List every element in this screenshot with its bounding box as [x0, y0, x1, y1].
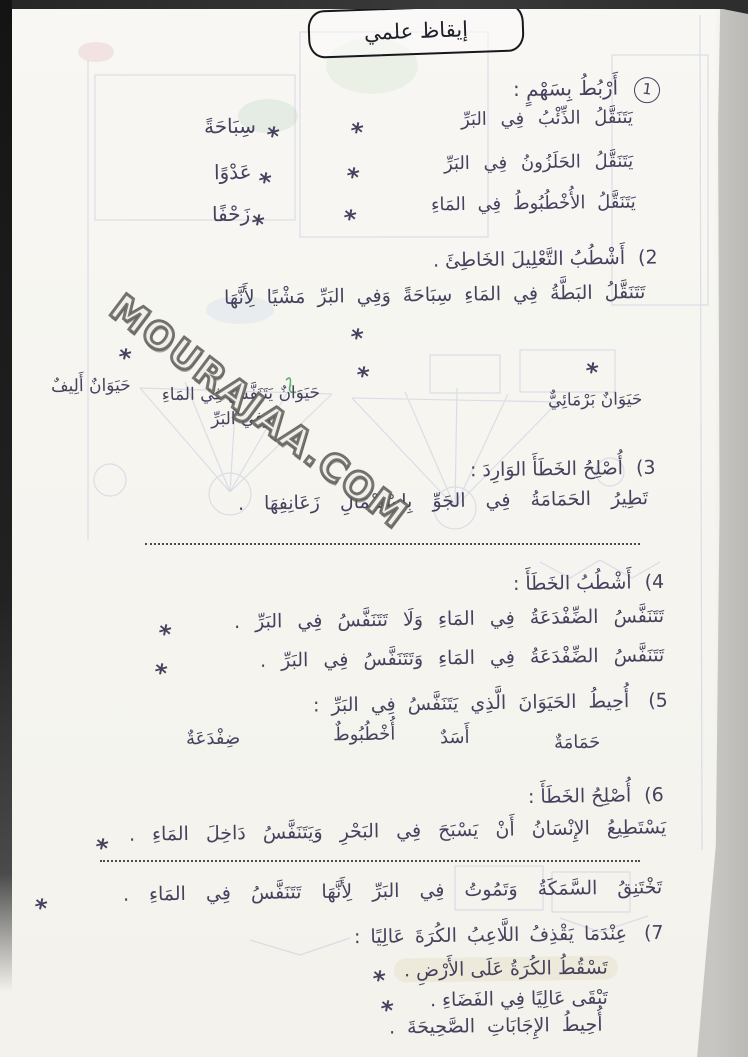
q5-prompt: أُحِيطُ الحَيَوَانَ الَّذِي يَتَنَفَّسُ … [313, 690, 630, 716]
q5-number: 5) [648, 690, 668, 712]
q4-option: تَتَنَفَّسُ الضِّفْدَعَةُ فِي المَاءِ وَ… [260, 642, 665, 675]
q1-match-left-item: عَدْوًا [214, 158, 252, 188]
answer-dotted-line [145, 543, 640, 545]
q5-option: ضِفْدَعَةٌ [186, 726, 241, 753]
answer-dotted-line [100, 860, 640, 862]
q5-header: 5) أُحِيطُ الحَيَوَانَ الَّذِي يَتَنَفَّ… [313, 688, 668, 720]
q4-number: 4) [644, 571, 664, 593]
q6-header: 6) أُصْلِحُ الخَطَأَ : [528, 782, 664, 811]
q2-prompt: أَشْطُبُ التَّعْلِيلَ الخَاطِئَ . [433, 247, 625, 272]
q5-option: حَمَامَةٌ [554, 730, 601, 757]
q4-prompt: أَشْطُبُ الخَطَأَ : [513, 571, 632, 595]
q2-header: 2) أَشْطُبُ التَّعْلِيلَ الخَاطِئَ . [433, 244, 658, 275]
category-pet: حَيَوَانٌ أَلِيفٌ [51, 373, 131, 399]
q1-match-left-item: زَحْفًا [212, 200, 251, 230]
q2-number: 2) [638, 246, 658, 268]
q6-number: 6) [644, 784, 664, 806]
q1-match-right-item: يَتَنَقَّلُ الحَلَزُونُ فِي البَرِّ [444, 149, 633, 178]
scan-left-edge [0, 0, 12, 992]
q1-match-left-item: سِبَاحَةً [204, 112, 256, 142]
scan-top-edge [0, 0, 748, 9]
title-box: إيقاظ علمي [307, 3, 525, 59]
page-title: إيقاظ علمي [364, 17, 469, 45]
q1-header: 1 أَرْبُطُ بِسَهْمٍ : [513, 73, 660, 105]
scanned-worksheet-page: إيقاظ علمي 1 أَرْبُطُ بِسَهْمٍ : يَتَنَق… [0, 0, 748, 1057]
q7-prompt: عِنْدَمَا يَقْذِفُ اللَّاعِبُ الكُرَةَ ع… [354, 922, 627, 948]
q3-number: 3) [636, 457, 656, 479]
q5-option: أَسَدٌ [440, 725, 470, 752]
q1-match-right-item: يَتَنَقَّلُ الأُخْطُبُوطُ فِي المَاءِ [431, 190, 636, 219]
q7-footer: أُحِيطُ الإِجَابَاتِ الصَّحِيحَةَ . [389, 1012, 603, 1043]
page-right-shadow [714, 0, 748, 1057]
q6-prompt: أُصْلِحُ الخَطَأَ : [528, 785, 631, 808]
q5-option: أُخْطُبُوطٌ [333, 722, 396, 749]
q3-prompt: أُصْلِحُ الخَطَأَ الوَارِدَ : [470, 457, 623, 481]
q3-sentence: تَطِيرُ الحَمَامَةُ فِي الجَوِّ بِاسْتِع… [238, 485, 648, 518]
q1-match-right-item: يَتَنَقَّلُ الذِّئْبُ فِي البَرِّ [461, 105, 633, 133]
q2-sentence: تَتَنَقَّلُ البَطَّةُ فِي المَاءِ سِبَاح… [223, 279, 645, 312]
q7-header: 7) عِنْدَمَا يَقْذِفُ اللَّاعِبُ الكُرَة… [354, 920, 664, 952]
category-amphibian: حَيَوَانٌ بَرْمَائِيٌّ [547, 387, 642, 413]
q1-prompt: أَرْبُطُ بِسَهْمٍ : [513, 76, 618, 101]
q1-number: 1 [632, 75, 661, 104]
q7-option: تَبْقَى عَالِيًا فِي الفَضَاءِ . [430, 985, 608, 1015]
q7-option: تَسْقُطُ الكُرَةُ عَلَى الأَرْضِ . [394, 954, 618, 985]
q4-header: 4) أَشْطُبُ الخَطَأَ : [513, 569, 665, 599]
q7-number: 7) [644, 922, 664, 944]
q3-header: 3) أُصْلِحُ الخَطَأَ الوَارِدَ : [470, 455, 656, 485]
